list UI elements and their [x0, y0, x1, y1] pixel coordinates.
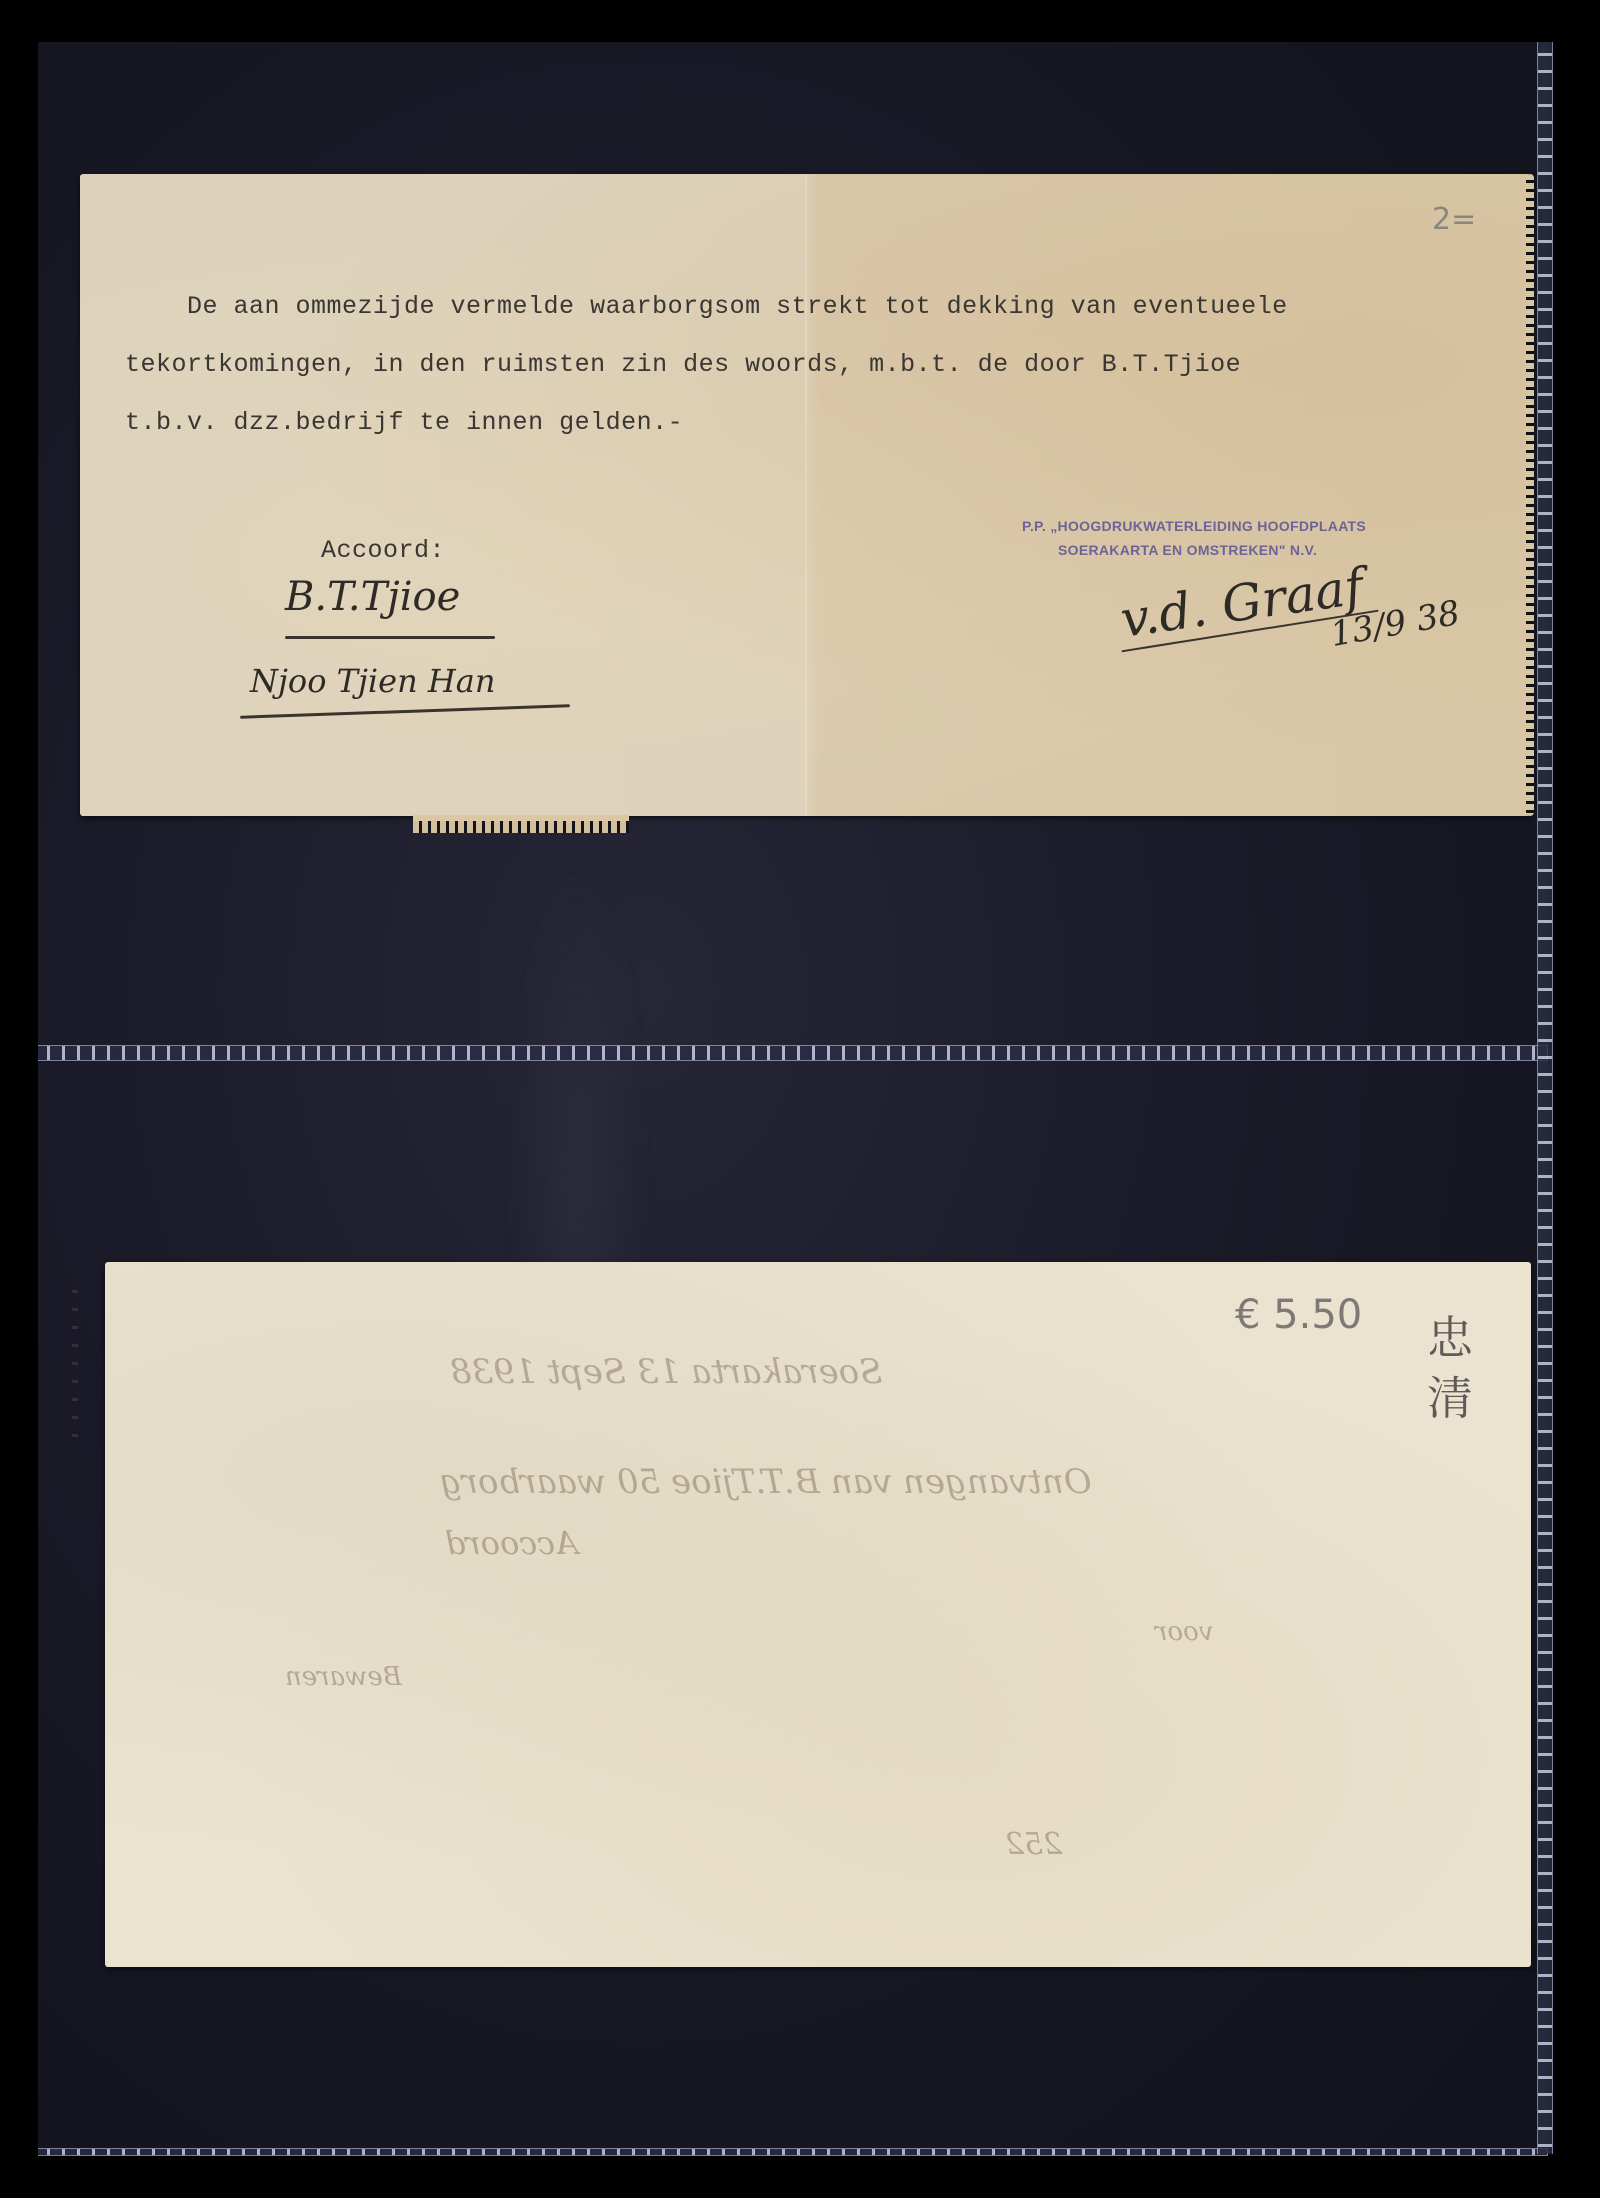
paper-fold	[805, 174, 807, 816]
signature-underline-2	[240, 704, 570, 719]
bleed-through-line-1: Soerakarta 13 Sept 1938	[450, 1352, 883, 1392]
bleed-through-line-3: Accoord	[445, 1524, 578, 1562]
sleeve-bottom-edge	[38, 2148, 1548, 2156]
body-line-3: t.b.v. dzz.bedrijf te innen gelden.-	[125, 408, 683, 437]
sleeve-side-strip	[1537, 42, 1553, 2154]
corner-pencil-mark: 2=	[1432, 202, 1476, 237]
signature-underline-1	[285, 636, 495, 639]
paper-specks	[72, 1290, 78, 1440]
company-stamp-line-2: SOERAKARTA EN OMSTREKEN" N.V.	[1058, 542, 1317, 558]
accord-label: Accoord:	[321, 536, 445, 565]
company-stamp-line-1: P.P. „HOOGDRUKWATERLEIDING HOOFDPLAATS	[1022, 518, 1366, 534]
signature-director: v.d. Graaf	[1117, 557, 1367, 648]
pencil-number: 252	[1005, 1827, 1062, 1862]
body-line-1: De aan ommezijde vermelde waarborgsom st…	[187, 292, 1288, 321]
perforated-edge	[1526, 174, 1534, 816]
chinese-char-1: 忠	[1425, 1310, 1475, 1366]
body-line-2: tekortkomingen, in den ruimsten zin des …	[125, 350, 1241, 379]
signature-tjioe: B.T.Tjioe	[285, 574, 460, 620]
bleed-through-line-2: Ontvangen van B.T.Tjioe 50 waarborg	[440, 1462, 1092, 1502]
bleed-through-line-4: voor	[1155, 1617, 1213, 1647]
sleeve-divider-strip	[38, 1045, 1548, 1061]
signature-njoo: Njoo Tjien Han	[250, 662, 495, 700]
price-mark: € 5.50	[1235, 1292, 1362, 1338]
bleed-through-line-5: Bewaren	[285, 1662, 402, 1692]
document-front: 2= De aan ommezijde vermelde waarborgsom…	[80, 174, 1530, 816]
perforated-tab	[413, 815, 629, 833]
document-back: € 5.50 忠 清 Soerakarta 13 Sept 1938 Ontva…	[105, 1262, 1531, 1967]
chinese-char-2: 清	[1425, 1370, 1475, 1426]
